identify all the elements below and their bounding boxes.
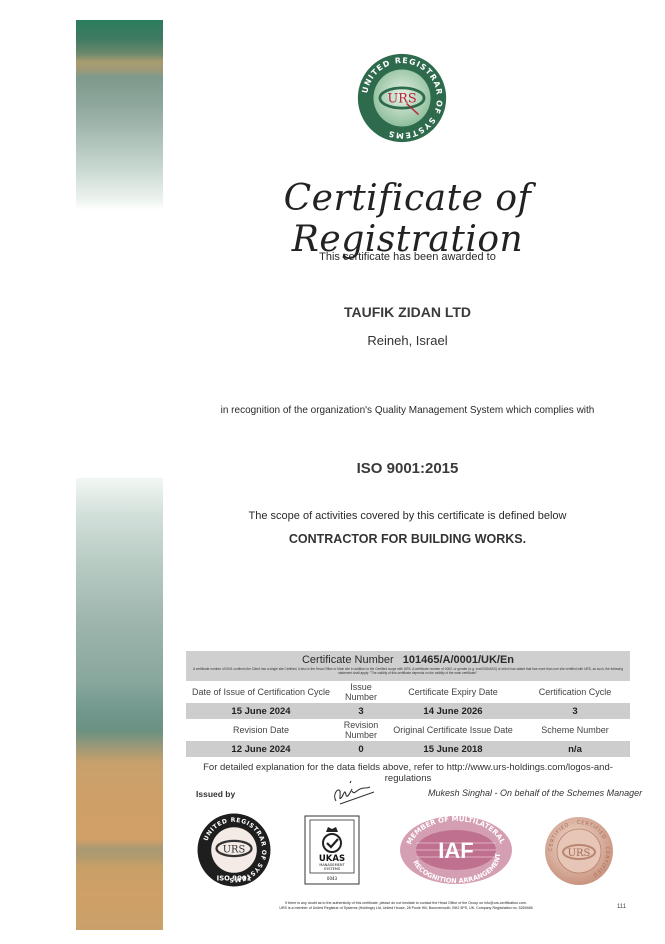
- issued-by-label: Issued by: [196, 789, 235, 799]
- value-revision-date: 12 June 2024: [186, 744, 336, 755]
- svg-text:IAF: IAF: [438, 838, 473, 863]
- urs-seal-logo: UNITED REGISTRAR OF SYSTEMS URS: [356, 52, 448, 144]
- signer-name: Mukesh Singhal - On behalf of the Scheme…: [428, 788, 642, 798]
- recognition-text: in recognition of the organization's Qua…: [180, 405, 635, 416]
- label-original-issue-date: Original Certificate Issue Date: [386, 725, 520, 735]
- table-row: Date of Issue of Certification Cycle Iss…: [186, 681, 630, 703]
- ukas-logo: UKAS MANAGEMENT SYSTEMS 0043: [304, 815, 360, 885]
- svg-text:0043: 0043: [327, 876, 338, 881]
- svg-text:SYSTEMS: SYSTEMS: [324, 867, 341, 871]
- certificate-title: Certificate of Registration: [180, 178, 635, 260]
- organization-location: Reineh, Israel: [180, 333, 635, 348]
- scope-text: CONTRACTOR FOR BUILDING WORKS.: [180, 532, 635, 546]
- svg-text:ISO 9001: ISO 9001: [217, 874, 252, 882]
- value-issue-number: 3: [336, 706, 386, 717]
- value-certification-cycle: 3: [520, 706, 630, 717]
- label-issue-number: Issue Number: [336, 682, 386, 702]
- label-scheme-number: Scheme Number: [520, 725, 630, 735]
- value-issue-date: 15 June 2024: [186, 706, 336, 717]
- organization-name: TAUFIK ZIDAN LTD: [180, 304, 635, 320]
- certificate-number-bar: Certificate Number 101465/A/0001/UK/En A…: [186, 651, 630, 681]
- awarded-to-label: This certificate has been awarded to: [180, 251, 635, 263]
- decorative-strip-bottom: [76, 478, 163, 930]
- urs-iso-9001-logo: UNITED REGISTRAR OF SYSTEMS URS ISO 9001: [196, 812, 272, 888]
- svg-text:URS: URS: [387, 92, 416, 107]
- label-certification-cycle: Certification Cycle: [520, 687, 630, 697]
- iaf-mla-logo: MEMBER OF MULTILATERAL IAF RECOGNITION A…: [398, 815, 514, 885]
- value-expiry-date: 14 June 2026: [386, 706, 520, 717]
- standard-name: ISO 9001:2015: [180, 460, 635, 477]
- explanation-text: For detailed explanation for the data fi…: [186, 762, 630, 784]
- decorative-strip-top: [76, 20, 163, 210]
- svg-text:URS: URS: [568, 848, 591, 859]
- svg-text:URS: URS: [223, 844, 246, 855]
- label-revision-date: Revision Date: [186, 725, 336, 735]
- label-revision-number: Revision Number: [336, 720, 386, 740]
- table-row: Revision Date Revision Number Original C…: [186, 719, 630, 741]
- scope-label: The scope of activities covered by this …: [180, 510, 635, 522]
- certificate-details-table: Certificate Number 101465/A/0001/UK/En A…: [186, 651, 630, 757]
- certificate-fine-print: A certificate number of 0001 confirms th…: [186, 666, 630, 675]
- signature-image: [328, 775, 378, 807]
- footer-note: If there is any doubt as to the authenti…: [186, 901, 626, 911]
- table-row: 15 June 2024 3 14 June 2026 3: [186, 703, 630, 719]
- value-original-issue-date: 15 June 2018: [386, 744, 520, 755]
- page-number: 111: [617, 904, 626, 910]
- footer-line-company: URS is a member of United Registrar of S…: [186, 906, 626, 911]
- table-row: 12 June 2024 0 15 June 2018 n/a: [186, 741, 630, 757]
- label-expiry-date: Certificate Expiry Date: [386, 687, 520, 697]
- urs-certified-seal: CERTIFIED · CERTIFIED · CERTIFIED URS: [542, 816, 616, 886]
- value-scheme-number: n/a: [520, 744, 630, 755]
- value-revision-number: 0: [336, 744, 386, 755]
- label-issue-date: Date of Issue of Certification Cycle: [186, 687, 336, 697]
- certificate-number-label: Certificate Number: [302, 654, 394, 666]
- certificate-number: 101465/A/0001/UK/En: [403, 654, 514, 666]
